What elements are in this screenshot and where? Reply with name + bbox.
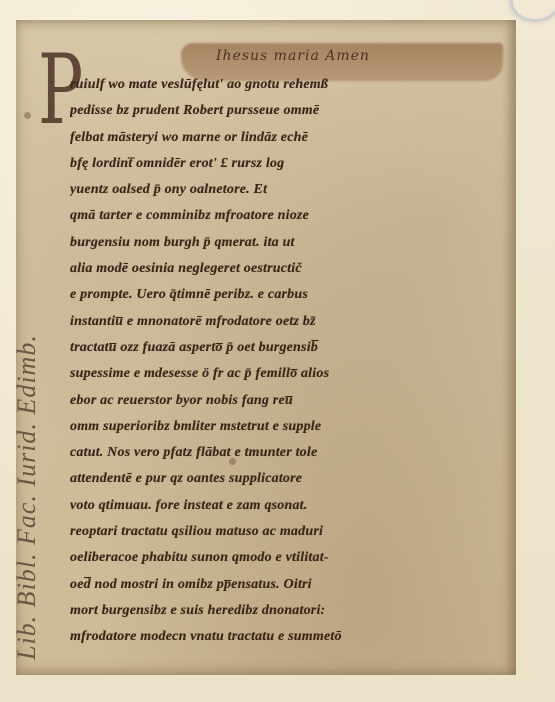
text-line: qmā tarter e comminibz mfroatore nioze — [70, 203, 485, 229]
stain-spot — [24, 112, 31, 119]
text-line: yuentz oalsed p̄ ony oalnetore. Et — [70, 177, 485, 203]
text-line: reoptari tractatu qsiliou matuso ac madu… — [70, 519, 485, 545]
manuscript-heading: Ihesus maria Amen — [216, 48, 370, 64]
text-line: omm superioribz bmliter mstetrut e suppl… — [70, 414, 485, 440]
text-line: oed̅ nod mostri in omibz pp̅ensatus. Oit… — [70, 572, 485, 598]
text-line: ebor ac reuerstor byor nobis fang reu̅ — [70, 388, 485, 414]
text-line: alia modē oesinia neglegeret oestructič — [70, 256, 485, 282]
text-line: oeliberacoe phabitu sunon qmodo e vtilit… — [70, 545, 485, 571]
text-line: mort burgensibz e suis heredibz dnonator… — [70, 598, 485, 624]
manuscript-text: ruiulf wo mate veslūfęlut' ao gnotu rehe… — [70, 72, 485, 651]
text-line: e prompte. Uero q̄timnē peribz. e carbus — [70, 282, 485, 308]
text-line: pedisse bz prudent Robert pursseue ommē — [70, 98, 485, 124]
text-line: tractatu̅ ozz fuazā asperto̅ p̄ oet burg… — [70, 335, 485, 361]
text-line: felbat māsteryi wo marne or lindāz echē — [70, 125, 485, 151]
text-line: burgensiu nom burgh p̄ qmerat. ita ut — [70, 230, 485, 256]
text-line: bfę lordint̅ omnidēr erot' £ rursz log — [70, 151, 485, 177]
text-line: voto qtimuau. fore insteat e zam qsonat. — [70, 493, 485, 519]
text-line: mfrodatore modecn vnatu tractatu e summe… — [70, 624, 485, 650]
text-line: supessime e mdesesse ö fr ac p̄ femillo̅… — [70, 361, 485, 387]
text-line: catut. Nos vero pfatz flābat e tmunter t… — [70, 440, 485, 466]
library-margin-note: Lib. Bibl. Fac. Iurid. Edimb. — [12, 334, 42, 660]
text-line: instantiu̅ e mnonatorē mfrodatore oetz b… — [70, 309, 485, 335]
text-line: attendentē e pur qz oantes supplicatore — [70, 466, 485, 492]
text-line: ruiulf wo mate veslūfęlut' ao gnotu rehe… — [70, 72, 485, 98]
